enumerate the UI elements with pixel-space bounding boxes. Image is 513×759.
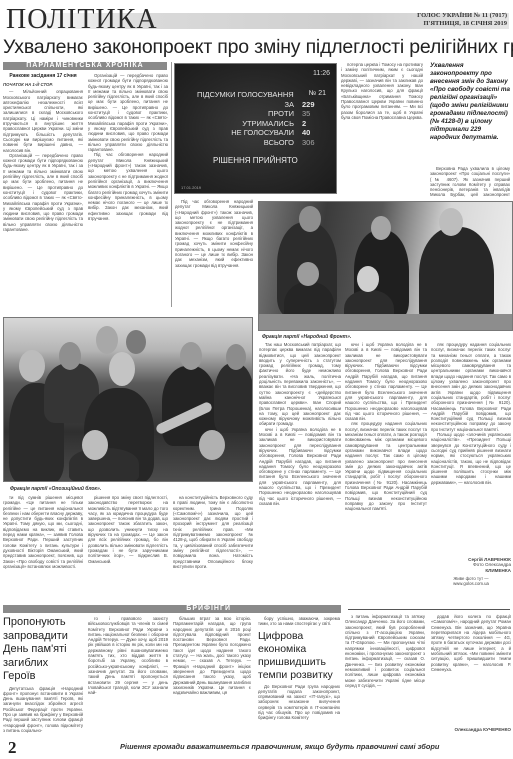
person-head [299, 206, 321, 232]
lower-column-3: ляє процедуру надання соціальних послуг,… [431, 342, 511, 542]
person-head [82, 430, 108, 460]
briefings-bar: БРИФІНГИ [3, 605, 341, 613]
person-head [199, 430, 225, 460]
person-head [180, 342, 202, 370]
bottom-text-3: на конституційність Верховного суду в пр… [173, 495, 253, 569]
person-head [439, 208, 463, 236]
person-figure [214, 363, 253, 433]
top-right-text: потерпа церква і Томосу на противагу і з… [341, 62, 423, 120]
brief2-title: Цифрова економіка пришвидшить темпи розв… [258, 630, 340, 682]
photo-credit-name: КЛИМЕНКА [431, 568, 511, 573]
under-board-text: Під час обговорення народний депутат Мик… [175, 199, 253, 268]
brief1-column-2: го і правового захисту військовослужбовц… [88, 616, 168, 734]
opposition-caption: Фракція партії «Опозиційний блок». [10, 486, 101, 492]
briefings-rule [348, 609, 510, 610]
lower-column-2: ючи і щоб Україна володіла не в Москві а… [345, 342, 427, 597]
person-head [59, 342, 81, 370]
lower-text-1: Так наш Московський патріархат, що потер… [259, 342, 341, 427]
section-title: ПОЛІТИКА [6, 6, 158, 34]
lead-follow-text: Верховна Рада ухвалила в цілому законопр… [430, 166, 510, 198]
voting-board-photo: 11:26 № 21 ПІДСУМКИ ГОЛОСУВАННЯ ЗА229 ПР… [174, 63, 337, 194]
bottom-column-3: на конституційність Верховного суду в пр… [173, 495, 253, 595]
brief1-text-3: більших втрат за всю історію. Парламента… [173, 616, 251, 695]
brief1-column-1: Пропонують запровадити День пам'яті заги… [3, 616, 83, 734]
bottom-text-2: рішення про зміну своєї підлеглості, зак… [88, 495, 168, 564]
footer-quote: Рішення громади вважатиметься правочинни… [120, 742, 439, 751]
brief2-lead-text: бору успішно, зважаючи, зокрема тими, хт… [258, 616, 340, 627]
brief2-text-1: До Верховної Ради група народних депутат… [258, 684, 340, 721]
column-rule [171, 62, 172, 307]
brief1-title: Пропонують запровадити День пам'яті заги… [3, 616, 83, 684]
paper-line: ГОЛОС УКРАЇНИ № 11 (7017) [417, 12, 507, 20]
opposition-bloc-photo [3, 317, 253, 482]
lead-follow-column: Верховна Рада ухвалила в цілому законопр… [430, 166, 510, 198]
board-row-for: ЗА229 [197, 100, 322, 110]
person-head [96, 326, 118, 354]
board-row-not-voted: НЕ ГОЛОСУВАЛИ40 [197, 128, 322, 138]
lead-summary: Ухвалення законопроекту про внесення змі… [430, 62, 510, 162]
board-results: ПІДСУМКИ ГОЛОСУВАННЯ ЗА229 ПРОТИ35 УТРИМ… [197, 90, 322, 147]
board-footer: 17.01.2019 [181, 185, 201, 190]
lower-text-2: ючи і щоб Україна володіла не в Москві а… [345, 342, 427, 421]
bench [259, 314, 513, 331]
chronicle-text-1: — Мільйонний опрацювання Московського па… [3, 89, 83, 153]
article-headline: Ухвалено законопроект про зміну підлегло… [3, 36, 511, 58]
date-line: П'ЯТНИЦЯ, 18 СІЧНЯ 2019 [417, 20, 507, 28]
lower-text-1b: ючи і щоб Україна володіла не в Москві а… [259, 427, 341, 506]
lower-text-3: ляє процедуру надання соціальних послуг,… [431, 342, 511, 432]
bottom-column-1: ти під сумнів рішення місцевої громади. … [3, 495, 83, 595]
brief2-column-2: з питань інформатизації та зв'язку Олекс… [345, 614, 425, 734]
bottom-text-1: ти під сумнів рішення місцевої громади. … [3, 495, 83, 569]
chronicle-text-1b: Організацій — передбачено право кожної г… [3, 153, 83, 232]
brief2-column-1: бору успішно, зважаючи, зокрема тими, хт… [258, 616, 340, 734]
brief1-text-1: Депутатська фракція «Народний фронт» про… [3, 686, 83, 734]
under-board-column: Під час обговорення народний депутат Мик… [175, 199, 253, 307]
brief2-column-3: додав його колега по фракції «Самопоміч»… [431, 614, 511, 724]
chronicle-text-2b: Під час обговорення народний депутат Мик… [88, 152, 168, 221]
board-time: 11:26 [313, 70, 330, 77]
chronicle-column-1: Ранкове засідання 17 січня ПОЧАТОК НА 1-… [3, 73, 83, 305]
board-title: ПІДСУМКИ ГОЛОСУВАННЯ [197, 90, 322, 100]
person-head [19, 350, 45, 382]
masthead: ПОЛІТИКА ГОЛОС УКРАЇНИ № 11 (7017) П'ЯТН… [4, 8, 509, 32]
issue-info: ГОЛОС УКРАЇНИ № 11 (7017) П'ЯТНИЦЯ, 18 С… [417, 12, 507, 27]
live-photo-url[interactable]: www.golos.com.ua [431, 581, 511, 586]
person-head [109, 352, 135, 386]
person-head [297, 262, 319, 286]
lower-text-3b: Польщі щодо «злочинів українських націон… [431, 432, 511, 485]
board-row-total: ВСЬОГО306 [197, 138, 322, 148]
narodny-front-caption: Фракція партії «Народний Фронт». [262, 334, 351, 340]
bottom-column-2: рішення про зміну своєї підлеглості, зак… [88, 495, 168, 595]
kicker: ПОЧАТОК НА 1-Й СТОР. [3, 82, 83, 87]
person-head [371, 216, 391, 240]
top-right-column: потерпа церква і Томосу на противагу і з… [341, 62, 423, 197]
credits-block: Сергій ЛАВРЕНЮК Фото Олександра КЛИМЕНКА… [431, 557, 511, 597]
board-row-against: ПРОТИ35 [197, 109, 322, 119]
brief1-text-2: го і правового захисту військовослужбовц… [88, 616, 168, 695]
narodny-front-photo [258, 201, 513, 331]
person-head [226, 344, 246, 370]
board-row-abstained: УТРИМАЛИСЬ2 [197, 119, 322, 129]
chronicle-column-2: Організацій — передбачено право кожної г… [88, 73, 168, 305]
page-number: 2 [8, 738, 17, 758]
brief2-text-2: з питань інформатизації та зв'язку Олекс… [345, 614, 425, 688]
person-head [357, 266, 379, 292]
session-subhead: Ранкове засідання 17 січня [3, 73, 83, 79]
brief1-column-3: більших втрат за всю історію. Парламента… [173, 616, 251, 734]
board-decision: РІШЕННЯ ПРИЙНЯТО [213, 156, 298, 165]
chronicle-text-2: Організацій — передбачено право кожної г… [88, 73, 168, 152]
chronicle-bar: ПАРЛАМЕНТСЬКА ХРОНІКА [3, 62, 167, 70]
brief2-byline: Олександра КУЧЕРЕНКО [431, 727, 511, 734]
lower-text-2b: ляє процедуру надання соціальних послуг,… [345, 421, 427, 511]
brief2-text-3: додав його колега по фракції «Самопоміч»… [431, 614, 511, 672]
lower-column-1: Так наш Московський патріархат, що потер… [259, 342, 341, 597]
person-head [126, 330, 146, 354]
